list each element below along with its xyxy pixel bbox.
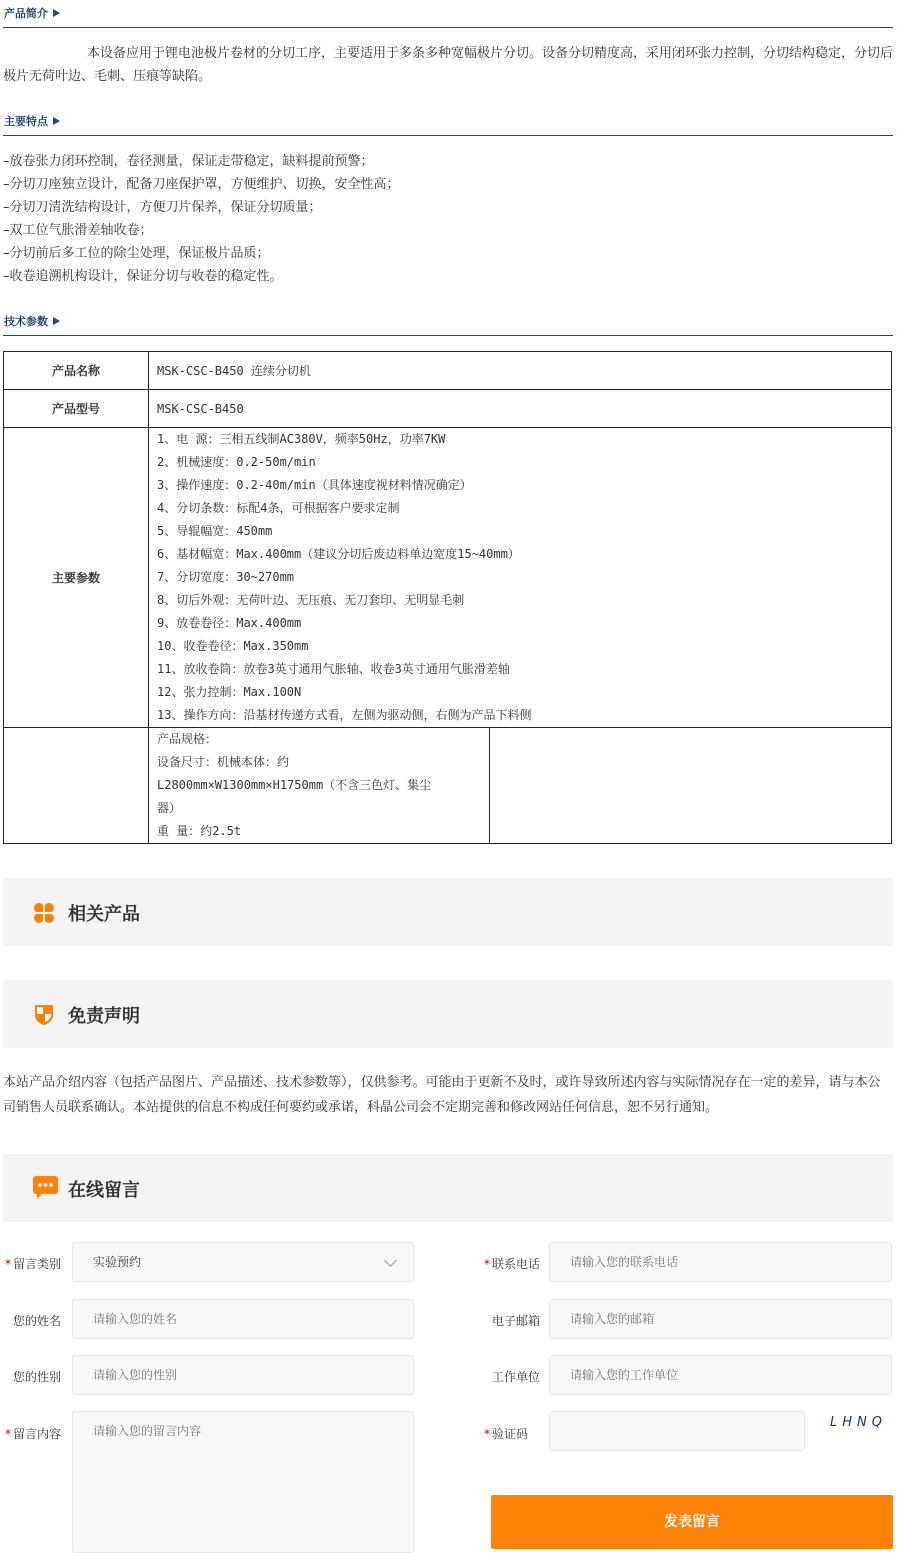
param-line: 6、基材幅宽：Max.400mm（建议分切后废边料单边宽度15~40mm） xyxy=(157,543,891,566)
feature-item: –分切刀清洗结构设计，方便刀片保养，保证分切质量； xyxy=(3,196,893,219)
disclaimer-text: 本站产品介绍内容（包括产品图片、产品描述、技术参数等），仅供参考。可能由于更新不… xyxy=(3,1070,893,1120)
spec-line: L2800mm×W1300mm×H1750mm（不含三色灯、集尘 xyxy=(157,774,489,797)
submit-button[interactable]: 发表留言 xyxy=(491,1495,893,1549)
intro-heading-label: 产品简介 xyxy=(4,7,48,20)
param-line: 13、操作方向：沿基材传递方式看，左侧为驱动侧，右侧为产品下料侧 xyxy=(157,704,891,727)
spec-line: 重 量：约2.5t xyxy=(157,820,489,843)
triangle-right-icon xyxy=(53,117,60,125)
params-heading-label: 技术参数 xyxy=(4,315,48,328)
spec-line: 设备尺寸：机械本体：约 xyxy=(157,751,489,774)
param-line: 4、分切条数：标配4条，可根据客户要求定制 xyxy=(157,497,891,520)
required-mark: * xyxy=(484,1427,490,1441)
features-list: –放卷张力闭环控制，卷径测量，保证走带稳定，缺料提前预警； –分切刀座独立设计，… xyxy=(3,150,893,288)
required-mark: * xyxy=(5,1257,11,1271)
required-mark: * xyxy=(484,1257,490,1271)
feature-item: –分切前后多工位的除尘处理，保证极片品质； xyxy=(3,242,893,265)
name-input[interactable] xyxy=(72,1299,414,1339)
clover-icon xyxy=(33,902,55,924)
param-value: MSK-CSC-B450 xyxy=(149,390,892,428)
section-heading-params: 技术参数 xyxy=(3,310,893,336)
feature-item: –分切刀座独立设计，配备刀座保护罩，方便维护、切换，安全性高； xyxy=(3,173,893,196)
feature-item: –收卷追溯机构设计，保证分切与收卷的稳定性。 xyxy=(3,265,893,288)
param-line: 7、分切宽度：30~270mm xyxy=(157,566,891,589)
spec-cell: 产品规格： 设备尺寸：机械本体：约 L2800mm×W1300mm×H1750m… xyxy=(149,728,490,844)
param-line: 1、电 源：三相五线制AC380V，频率50Hz，功率7KW xyxy=(157,428,891,451)
required-mark: * xyxy=(5,1427,11,1441)
phone-label: *联系电话 xyxy=(478,1255,540,1272)
table-row: 产品名称 MSK-CSC-B450 连续分切机 xyxy=(4,352,892,390)
section-heading-features: 主要特点 xyxy=(3,110,893,136)
disclaimer-title: 免责声明 xyxy=(68,1002,140,1028)
chevron-down-icon xyxy=(384,1254,397,1267)
param-key: 产品名称 xyxy=(4,352,149,390)
main-params-list: 1、电 源：三相五线制AC380V，频率50Hz，功率7KW 2、机械速度：0.… xyxy=(149,428,892,728)
features-heading-label: 主要特点 xyxy=(4,115,48,128)
category-selected-value: 实验预约 xyxy=(93,1255,141,1269)
company-label: 工作单位 xyxy=(478,1368,540,1385)
name-label: 您的姓名 xyxy=(4,1312,61,1329)
table-row: 产品型号 MSK-CSC-B450 xyxy=(4,390,892,428)
param-line: 12、张力控制：Max.100N xyxy=(157,681,891,704)
captcha-image[interactable]: LHNQ xyxy=(830,1415,887,1430)
param-line: 10、收卷卷径：Max.350mm xyxy=(157,635,891,658)
gender-label: 您的性别 xyxy=(4,1368,61,1385)
email-input[interactable] xyxy=(549,1299,892,1339)
param-line: 8、切后外观：无荷叶边、无压痕、无刀套印、无明显毛刺 xyxy=(157,589,891,612)
triangle-right-icon xyxy=(53,9,60,17)
gender-input[interactable] xyxy=(72,1355,414,1395)
category-label: *留言类别 xyxy=(4,1255,61,1272)
shield-icon xyxy=(33,1002,55,1024)
message-title: 在线留言 xyxy=(68,1176,140,1202)
captcha-label: *验证码 xyxy=(478,1425,528,1442)
captcha-input[interactable] xyxy=(549,1411,805,1451)
category-select[interactable]: 实验预约 xyxy=(72,1242,414,1282)
company-input[interactable] xyxy=(549,1355,892,1395)
empty-cell xyxy=(490,728,892,844)
params-table: 产品名称 MSK-CSC-B450 连续分切机 产品型号 MSK-CSC-B45… xyxy=(3,351,892,844)
table-row: 产品规格： 设备尺寸：机械本体：约 L2800mm×W1300mm×H1750m… xyxy=(4,728,892,844)
param-line: 5、导辊幅宽：450mm xyxy=(157,520,891,543)
spec-line: 产品规格： xyxy=(157,728,489,751)
related-products-bar: 相关产品 xyxy=(3,878,893,946)
param-key: 主要参数 xyxy=(4,428,149,728)
spec-line: 器） xyxy=(157,797,489,820)
section-heading-intro: 产品简介 xyxy=(3,2,893,28)
param-value: MSK-CSC-B450 连续分切机 xyxy=(149,352,892,390)
email-label: 电子邮箱 xyxy=(478,1312,540,1329)
triangle-right-icon xyxy=(53,317,60,325)
intro-text: 本设备应用于锂电池极片卷材的分切工序，主要适用于多条多种宽幅极片分切。设备分切精… xyxy=(3,42,893,88)
content-label: *留言内容 xyxy=(4,1425,61,1442)
message-bar: 在线留言 xyxy=(3,1154,893,1222)
param-line: 11、放收卷筒：放卷3英寸通用气胀轴、收卷3英寸通用气胀滑差轴 xyxy=(157,658,891,681)
feature-item: –放卷张力闭环控制，卷径测量，保证走带稳定，缺料提前预警； xyxy=(3,150,893,173)
disclaimer-bar: 免责声明 xyxy=(3,980,893,1048)
param-key-empty xyxy=(4,728,149,844)
phone-input[interactable] xyxy=(549,1242,892,1282)
feature-item: –双工位气胀滑差轴收卷； xyxy=(3,219,893,242)
param-key: 产品型号 xyxy=(4,390,149,428)
param-line: 9、放卷卷径：Max.400mm xyxy=(157,612,891,635)
param-line: 2、机械速度：0.2-50m/min xyxy=(157,451,891,474)
content-textarea[interactable] xyxy=(72,1411,414,1553)
related-products-title: 相关产品 xyxy=(68,900,140,926)
param-line: 3、操作速度：0.2-40m/min（具体速度视材料情况确定） xyxy=(157,474,891,497)
table-row: 主要参数 1、电 源：三相五线制AC380V，频率50Hz，功率7KW 2、机械… xyxy=(4,428,892,728)
chat-bubble-icon xyxy=(33,1176,55,1198)
